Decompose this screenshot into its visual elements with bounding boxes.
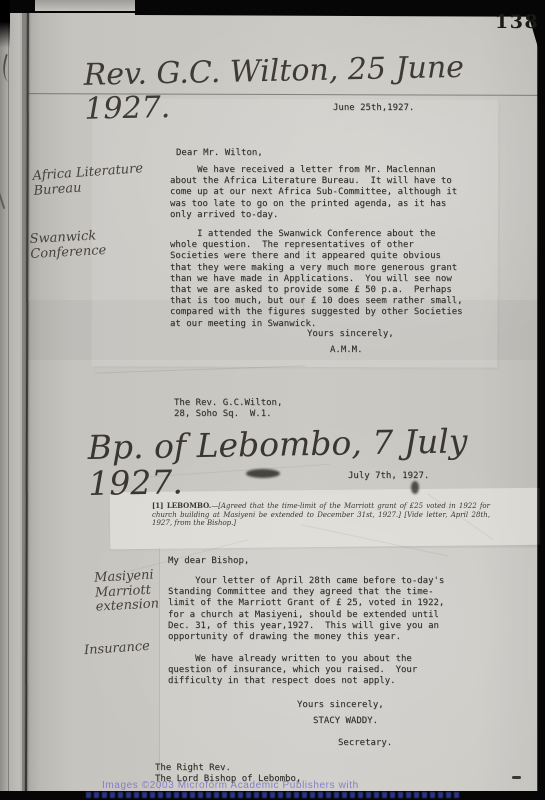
ink-smudge	[246, 469, 280, 478]
letter2-handwritten-heading: Bp. of Lebombo, 7 July 1927.	[87, 422, 545, 502]
scan-border-top-left	[0, 0, 10, 48]
letter2-typed-date: July 7th, 1927.	[348, 471, 429, 482]
copyright-watermark: Images ©2003 Microform Academic Publishe…	[102, 780, 359, 791]
letter2-salutation: My dear Bishop,	[168, 556, 249, 567]
letter1-typed-date: June 25th,1927.	[333, 103, 414, 114]
scan-border-right	[537, 0, 545, 800]
letter2-signature-name: STACY WADDY.	[313, 716, 378, 727]
letter1-salutation: Dear Mr. Wilton,	[176, 148, 263, 159]
page-number: 138	[495, 11, 539, 33]
printed-note-reference: [1] LEBOMBO.	[152, 501, 211, 510]
watermark-second-line-illegible	[86, 792, 462, 798]
letter1-margin-note-swanwick-conference: Swanwick Conference	[29, 228, 106, 262]
scan-border-top-right	[135, 0, 545, 17]
printed-minute-note: [1] LEBOMBO.—[Agreed that the time-limit…	[152, 502, 490, 528]
letter2-paragraph-1: Your letter of April 28th came before to…	[168, 576, 444, 643]
letter1-paragraph-1: We have received a letter from Mr. Macle…	[170, 165, 457, 221]
letter1-valediction: Yours sincerely,	[307, 329, 394, 340]
ink-smudge	[411, 481, 419, 494]
facing-page-crease	[8, 0, 9, 800]
letter2-paragraph-2: We have already written to you about the…	[168, 654, 417, 688]
letter2-valediction: Yours sincerely,	[297, 700, 384, 711]
letter2-signature-title: Secretary.	[338, 738, 392, 749]
paper-notch-top	[35, 0, 135, 11]
scanned-ledger-page: 138 Rev. G.C. Wilton, 25 June 1927. June…	[0, 0, 545, 800]
letter1-recipient-address: The Rev. G.C.Wilton, 28, Soho Sq. W.1.	[174, 398, 282, 420]
letter2-margin-note-masiyeni-marriott-extension: Masiyeni Marriott extension	[94, 568, 160, 615]
letter1-handwritten-heading: Rev. G.C. Wilton, 25 June 1927.	[83, 49, 544, 127]
stray-mark	[512, 776, 521, 779]
letter1-paragraph-2: I attended the Swanwick Conference about…	[170, 229, 463, 330]
letter1-signature-initials: A.M.M.	[330, 345, 363, 356]
